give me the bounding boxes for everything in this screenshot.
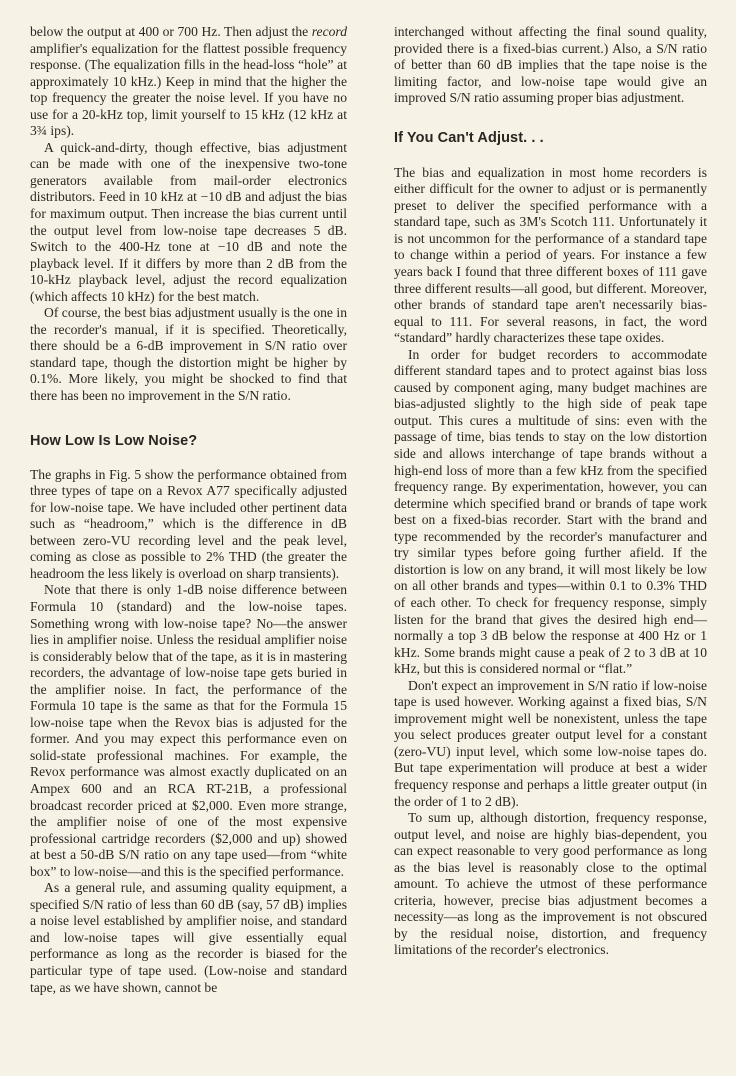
right-column: interchanged without affecting the final…: [394, 24, 707, 959]
paragraph-text: below the output at 400 or 700 Hz. Then …: [30, 24, 312, 39]
paragraph-continued: below the output at 400 or 700 Hz. Then …: [30, 24, 347, 140]
emphasis-record: record: [312, 24, 347, 39]
paragraph-home-recorders: The bias and equalization in most home r…: [394, 165, 707, 347]
paragraph-budget-recorders: In order for budget recorders to accommo…: [394, 347, 707, 678]
paragraph-general-rule: As a general rule, and assuming quality …: [30, 880, 347, 996]
paragraph-text: amplifier's equalization for the flattes…: [30, 41, 347, 139]
paragraph-fig5-graphs: The graphs in Fig. 5 show the performanc…: [30, 467, 347, 583]
section-heading-cant-adjust: If You Can't Adjust. . .: [394, 129, 707, 147]
paragraph-sn-improvement: Don't expect an improvement in S/N ratio…: [394, 678, 707, 810]
section-heading-low-noise: How Low Is Low Noise?: [30, 432, 347, 450]
paragraph-best-bias: Of course, the best bias adjustment usua…: [30, 305, 347, 404]
left-column: below the output at 400 or 700 Hz. Then …: [30, 24, 347, 996]
paragraph-bias-quick-adjust: A quick-and-dirty, though effective, bia…: [30, 140, 347, 305]
paragraph-sum-up: To sum up, although distortion, frequenc…: [394, 810, 707, 959]
paragraph-continued: interchanged without affecting the final…: [394, 24, 707, 107]
paragraph-noise-difference: Note that there is only 1-dB noise diffe…: [30, 582, 347, 880]
